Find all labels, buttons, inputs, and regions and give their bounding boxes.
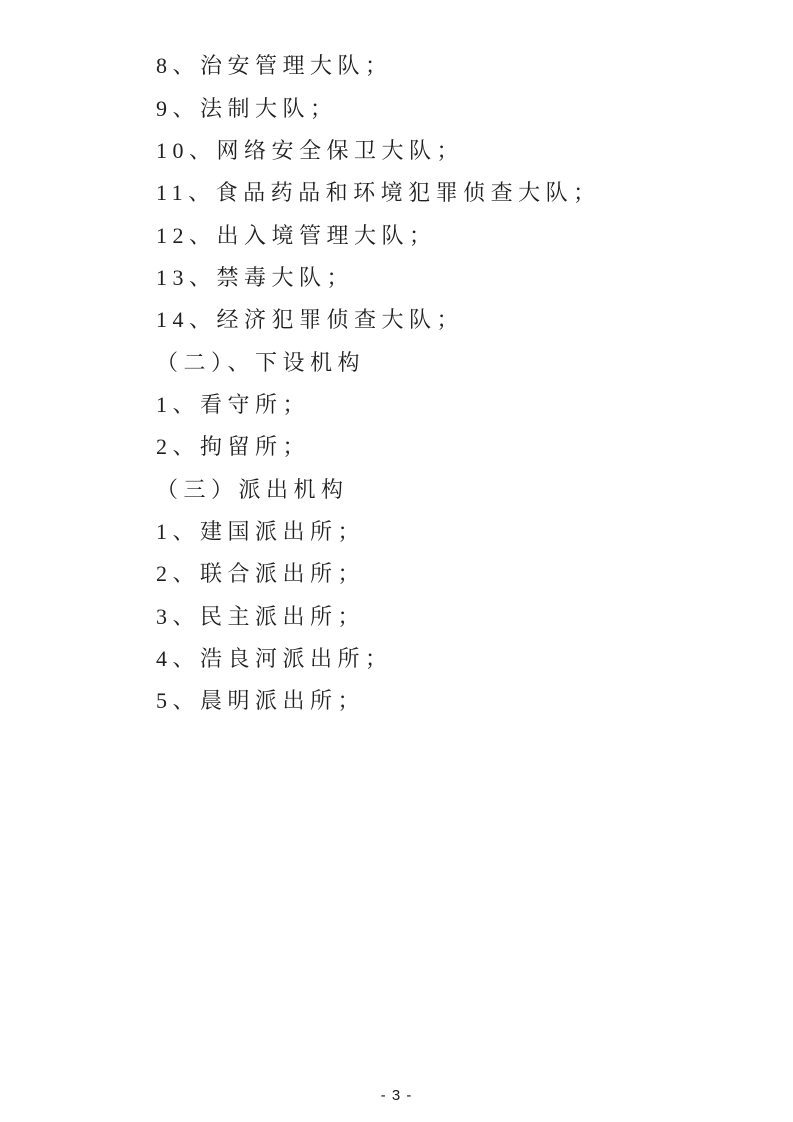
text-line: 1、看守所； xyxy=(156,382,753,424)
text-line: 13、禁毒大队； xyxy=(156,255,753,297)
text-line: 10、网络安全保卫大队； xyxy=(156,128,753,170)
text-line: 2、联合派出所； xyxy=(156,552,753,594)
document-page: 8、治安管理大队； 9、法制大队； 10、网络安全保卫大队； 11、食品药品和环… xyxy=(0,0,793,1122)
section-heading: （二）、下设机构 xyxy=(156,340,753,382)
page-number: - 3 - xyxy=(381,1087,413,1104)
document-body: 8、治安管理大队； 9、法制大队； 10、网络安全保卫大队； 11、食品药品和环… xyxy=(156,44,753,721)
text-line: 14、经济犯罪侦查大队； xyxy=(156,298,753,340)
text-line: 9、法制大队； xyxy=(156,86,753,128)
section-heading: （三）派出机构 xyxy=(156,467,753,509)
text-line: 2、拘留所； xyxy=(156,425,753,467)
text-line: 11、食品药品和环境犯罪侦查大队； xyxy=(156,171,753,213)
text-line: 8、治安管理大队； xyxy=(156,44,753,86)
text-line: 5、晨明派出所； xyxy=(156,679,753,721)
text-line: 12、出入境管理大队； xyxy=(156,213,753,255)
page-footer: - 3 - xyxy=(0,1087,793,1105)
text-line: 4、浩良河派出所； xyxy=(156,636,753,678)
text-line: 1、建国派出所； xyxy=(156,509,753,551)
text-line: 3、民主派出所； xyxy=(156,594,753,636)
